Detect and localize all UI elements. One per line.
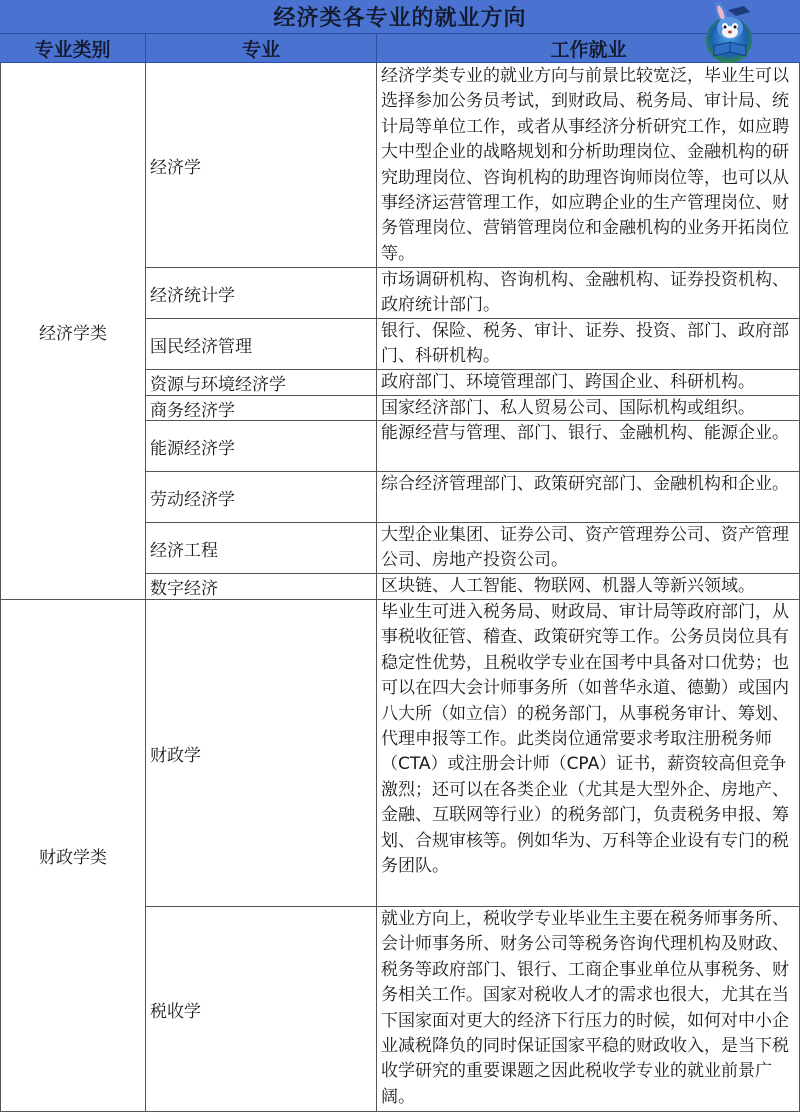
major-cell: 经济工程 [146, 523, 377, 574]
major-cell: 经济统计学 [146, 268, 377, 319]
major-cell: 资源与环境经济学 [146, 370, 377, 396]
employment-table-sheet: 经济类各专业的就业方向 专业类别 专业 工作就业 [0, 0, 800, 1114]
jobs-cell: 综合经济管理部门、政策研究部门、金融机构和企业。 [377, 472, 800, 523]
jobs-cell: 能源经营与管理、部门、银行、金融机构、能源企业。 [377, 421, 800, 472]
table-title-bar: 经济类各专业的就业方向 [0, 0, 800, 34]
category-cell-public-finance: 财政学类 [0, 600, 146, 1112]
jobs-cell: 市场调研机构、咨询机构、金融机构、证券投资机构、政府统计部门。 [377, 268, 800, 319]
category-cell-economics: 经济学类 [0, 63, 146, 600]
major-cell: 经济学 [146, 63, 377, 268]
major-cell: 国民经济管理 [146, 319, 377, 370]
major-cell: 商务经济学 [146, 396, 377, 421]
major-cell: 劳动经济学 [146, 472, 377, 523]
major-cell: 财政学 [146, 600, 377, 907]
jobs-cell: 政府部门、环境管理部门、跨国企业、科研机构。 [377, 370, 800, 396]
jobs-cell: 银行、保险、税务、审计、证券、投资、部门、政府部门、科研机构。 [377, 319, 800, 370]
jobs-cell: 大型企业集团、证券公司、资产管理券公司、资产管理公司、房地产投资公司。 [377, 523, 800, 574]
jobs-cell: 就业方向上，税收学专业毕业生主要在税务师事务所、会计师事务所、财务公司等税务咨询… [377, 907, 800, 1112]
header-category: 专业类别 [0, 34, 146, 63]
jobs-cell: 经济学类专业的就业方向与前景比较宽泛，毕业生可以选择参加公务员考试，到财政局、税… [377, 63, 800, 268]
major-cell: 数字经济 [146, 574, 377, 600]
major-cell: 税收学 [146, 907, 377, 1112]
jobs-cell: 国家经济部门、私人贸易公司、国际机构或组织。 [377, 396, 800, 421]
table-title: 经济类各专业的就业方向 [273, 1, 526, 32]
major-cell: 能源经济学 [146, 421, 377, 472]
jobs-cell: 区块链、人工智能、物联网、机器人等新兴领域。 [377, 574, 800, 600]
rabbit-mascot-icon [694, 2, 764, 64]
table-header-row: 专业类别 专业 工作就业 [0, 34, 800, 63]
header-major: 专业 [146, 34, 377, 63]
jobs-cell: 毕业生可进入税务局、财政局、审计局等政府部门，从事税收征管、稽查、政策研究等工作… [377, 600, 800, 907]
